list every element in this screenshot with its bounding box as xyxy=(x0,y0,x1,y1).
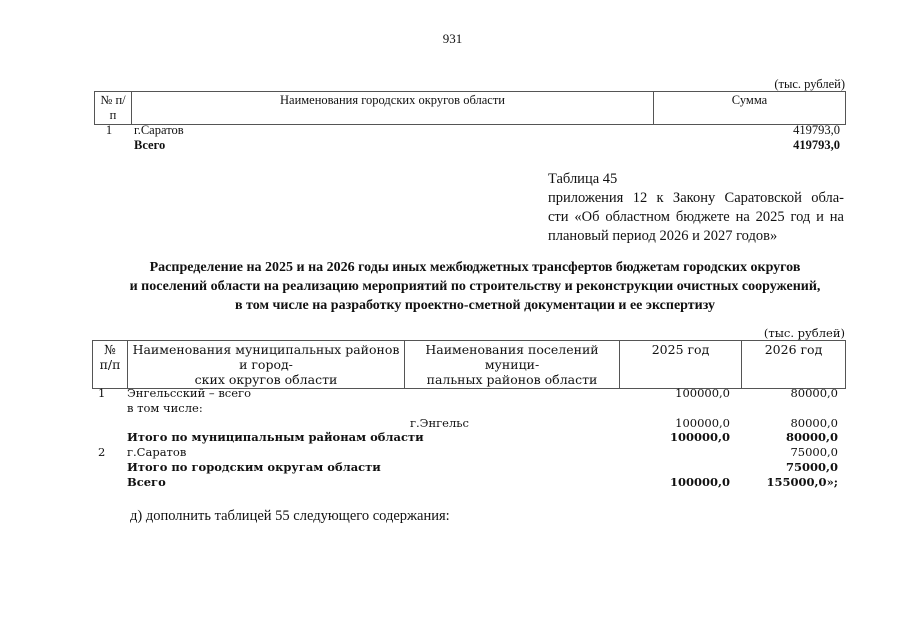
row-sum: 419793,0 xyxy=(793,138,840,153)
paragraph-text: д) дополнить таблицей 55 следующего соде… xyxy=(130,508,450,525)
table1-header-sum: Сумма xyxy=(654,92,846,125)
row-district: в том числе: xyxy=(127,401,203,416)
table2-header-2025: 2025 год xyxy=(620,341,742,389)
table2-header-num: №п/п xyxy=(93,341,128,389)
row-name: г.Саратов xyxy=(134,123,184,138)
row-number: 1 xyxy=(98,386,105,401)
row-2026: 155000,0»; xyxy=(767,475,838,490)
row-2026: 80000,0 xyxy=(786,430,838,445)
row-2025: 100000,0 xyxy=(675,416,730,431)
row-2026: 75000,0 xyxy=(786,460,838,475)
table2-unit-label: (тыс. рублей) xyxy=(700,326,845,340)
table1-unit-label: (тыс. рублей) xyxy=(700,77,845,92)
table1-header-name: Наименования городских округов области xyxy=(132,92,654,125)
row-sum: 419793,0 xyxy=(793,123,840,138)
table-annotation: Таблица 45 приложения 12 к Закону Сарато… xyxy=(548,170,844,246)
table-heading: Распределение на 2025 и на 2026 годы ины… xyxy=(90,258,860,315)
row-district: Всего xyxy=(127,475,166,490)
annotation-line: Таблица 45 xyxy=(548,170,844,189)
row-number: 1 xyxy=(94,123,124,138)
heading-line: в том числе на разработку проектно-сметн… xyxy=(90,296,860,315)
row-settlement: г.Энгельс xyxy=(410,416,469,431)
annotation-line: плановый период 2026 и 2027 годов» xyxy=(548,227,844,246)
table1-header-num: № п/п xyxy=(95,92,132,125)
row-district: Итого по муниципальным районам области xyxy=(127,430,424,445)
row-2026: 80000,0 xyxy=(790,386,838,401)
row-2025: 100000,0 xyxy=(670,430,730,445)
row-number: 2 xyxy=(98,445,105,460)
row-2025: 100000,0 xyxy=(675,386,730,401)
row-district: г.Саратов xyxy=(127,445,186,460)
row-2026: 75000,0 xyxy=(790,445,838,460)
annotation-line: приложения 12 к Закону Саратовской обла- xyxy=(548,189,844,208)
table2-header: №п/п Наименования муниципальных районов … xyxy=(92,340,846,389)
row-district: Энгельсский – всего xyxy=(127,386,251,401)
heading-line: Распределение на 2025 и на 2026 годы ины… xyxy=(90,258,860,277)
page-number: 931 xyxy=(0,31,905,47)
table1-header: № п/п Наименования городских округов обл… xyxy=(94,91,846,125)
table2-header-district: Наименования муниципальных районов и гор… xyxy=(128,341,405,389)
table2-header-2026: 2026 год xyxy=(742,341,846,389)
row-2026: 80000,0 xyxy=(790,416,838,431)
table2-header-settlement: Наименования поселений муници-пальных ра… xyxy=(405,341,620,389)
heading-line: и поселений области на реализацию меропр… xyxy=(90,277,860,296)
row-district: Итого по городским округам области xyxy=(127,460,381,475)
row-2025: 100000,0 xyxy=(670,475,730,490)
annotation-line: сти «Об областном бюджете на 2025 год и … xyxy=(548,208,844,227)
row-name: Всего xyxy=(134,138,165,153)
